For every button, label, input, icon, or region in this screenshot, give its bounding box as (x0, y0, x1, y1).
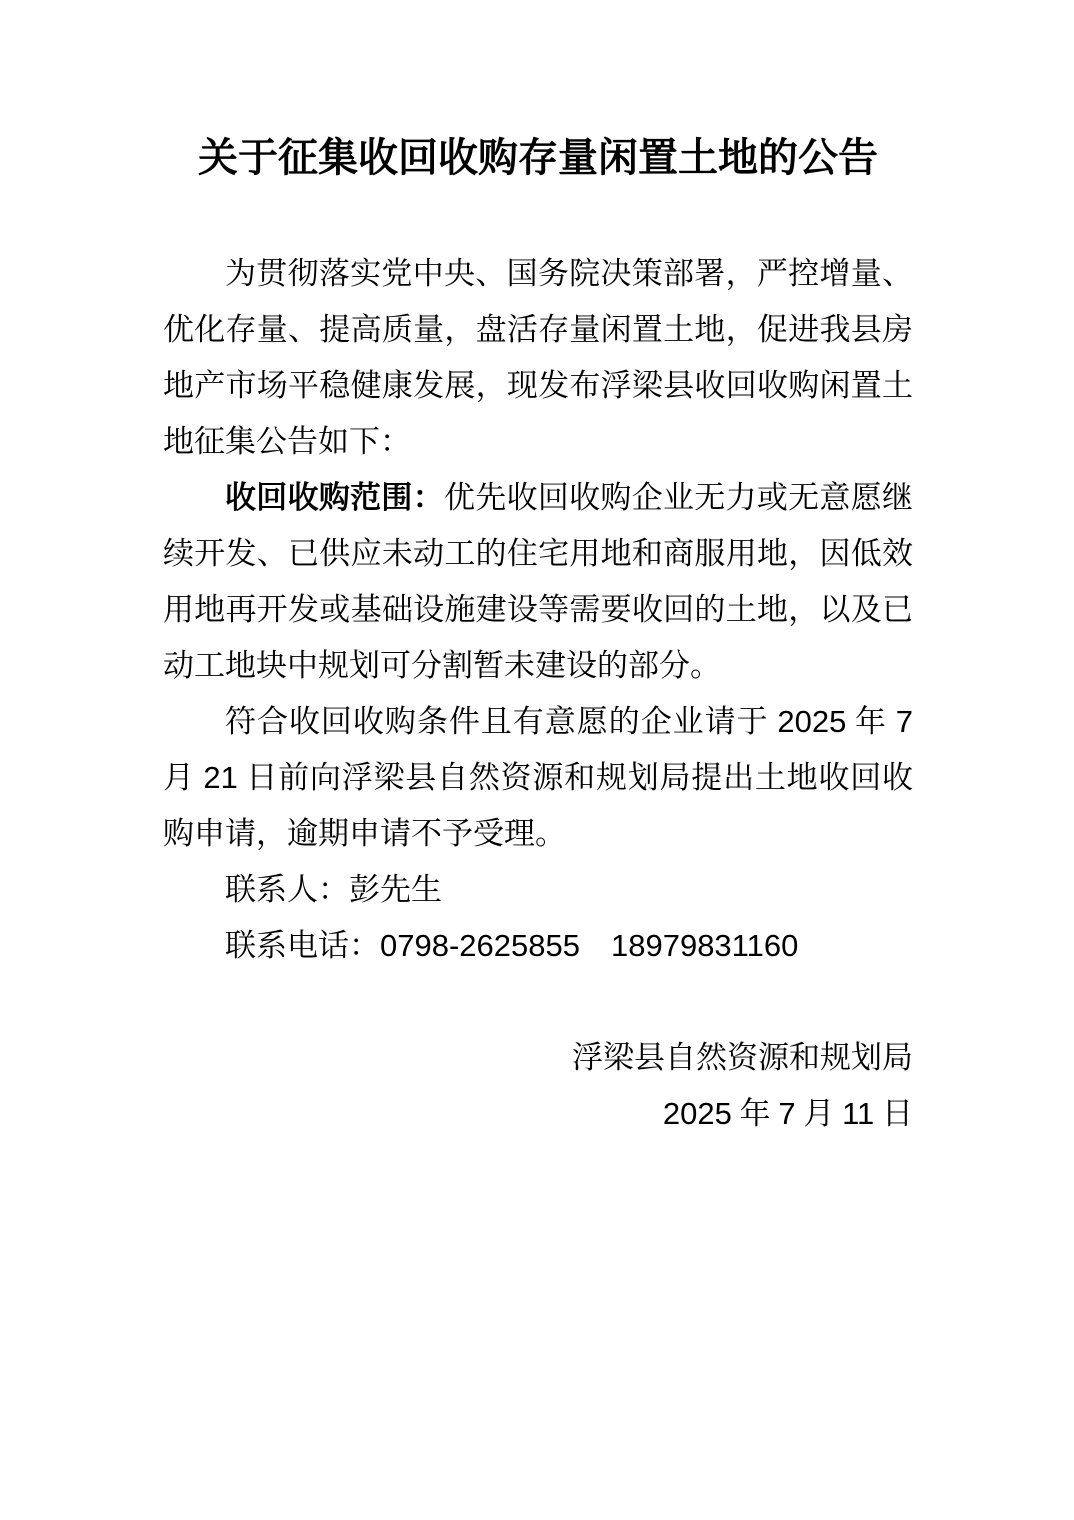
text-run: 联系电话： (225, 928, 380, 963)
text-run: 18979831160 (611, 928, 798, 963)
paragraph-intro: 为贯彻落实党中央、国务院决策部署，严控增量、优化存量、提高质量，盘活存量闲置土地… (163, 246, 913, 470)
text-run: 收回收购范围： (225, 480, 444, 515)
text-run: 年 (732, 1096, 779, 1131)
text-run: 月 (796, 1096, 843, 1131)
text-run: 为贯彻落实党中央、国务院决策部署，严控增量、优化存量、提高质量，盘活存量闲置土地… (163, 256, 913, 459)
text-run: 21 (203, 760, 237, 795)
signature-date-line: 2025 年 7 月 11 日 (163, 1086, 913, 1142)
signature-org-line: 浮梁县自然资源和规划局 (163, 1030, 913, 1086)
paragraph-scope: 收回收购范围：优先收回收购企业无力或无意愿继续开发、已供应未动工的住宅用地和商服… (163, 470, 913, 694)
text-run (580, 928, 611, 963)
text-run: 2025 (777, 704, 846, 739)
text-run: 11 (842, 1096, 874, 1131)
paragraph-deadline: 符合收回收购条件且有意愿的企业请于 2025 年 7 月 21 日前向浮梁县自然… (163, 694, 913, 862)
contact-phone-line: 联系电话：0798-2625855 18979831160 (163, 918, 913, 974)
signature-block: 浮梁县自然资源和规划局 2025 年 7 月 11 日 (163, 1030, 913, 1142)
text-run: 7 (896, 704, 913, 739)
text-run: 年 (846, 704, 895, 739)
text-run: 0798-2625855 (380, 928, 580, 963)
text-run: 7 (778, 1096, 795, 1131)
text-run: 符合收回收购条件且有意愿的企业请于 (225, 704, 777, 739)
text-run: 日前向浮梁县自然资源和规划局提出土地收回收购申请，逾期申请不予受理。 (163, 760, 913, 851)
text-run: 联系人：彭先生 (225, 872, 442, 907)
announcement-page: 关于征集收回收购存量闲置土地的公告 为贯彻落实党中央、国务院决策部署，严控增量、… (0, 0, 1074, 1520)
text-run: 2025 (663, 1096, 732, 1131)
contact-person-line: 联系人：彭先生 (163, 862, 913, 918)
text-run: 日 (874, 1096, 913, 1131)
document-title: 关于征集收回收购存量闲置土地的公告 (163, 128, 913, 188)
